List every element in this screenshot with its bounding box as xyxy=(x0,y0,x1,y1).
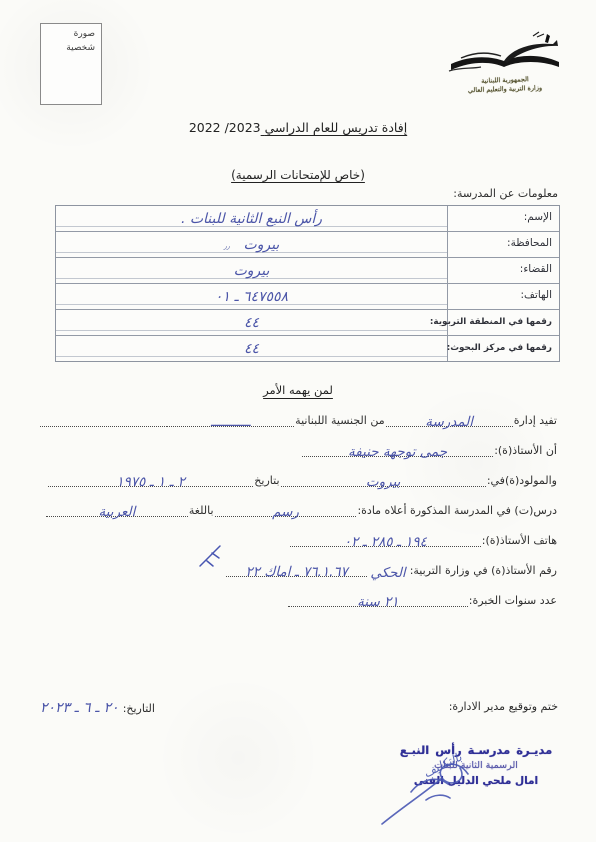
table-row-governorate: المحافظة: بيروت٫٫ xyxy=(56,232,559,258)
handwritten-language: العربية xyxy=(99,504,136,520)
handwritten-date: ٢٠ ـ ٦ ـ ٢٠٢٣ xyxy=(40,700,119,716)
form-line-subject: درس(ت) في المدرسة المذكورة أعلاه مادة: ر… xyxy=(46,496,558,517)
row-label: الهاتف: xyxy=(447,284,559,309)
row-value: بيروت xyxy=(56,258,447,283)
letter-heading: لمن يهمه الأمر xyxy=(0,383,596,397)
form-line-ministry-number: رقم الأستاذ(ة) في وزارة التربية: الحكي ٧… xyxy=(198,556,558,577)
table-row-name: الإسم: رأس النبع الثانية للبنات . xyxy=(56,206,559,232)
row-label: رقمها في مركز البحوث: xyxy=(447,336,559,361)
personal-photo-box: صورة شخصية xyxy=(40,23,102,105)
handwritten-ministry-number: ٧٦.١.٦٧ ـ اماك ٢٢ xyxy=(245,564,347,580)
handwritten-check-stroke: ــــــــــ xyxy=(211,414,251,430)
stamp-line-official: الرسمية الثانية للبنات xyxy=(370,759,582,773)
dotted-leader: ٧٦.١.٦٧ ـ اماك ٢٢ xyxy=(226,555,367,577)
table-row-phone: الهاتف: ٠١ ـ ٦٤٧٥٥٨ xyxy=(56,284,559,310)
stamp-caption: ختم وتوقيع مدير الادارة: xyxy=(449,700,558,713)
dotted-leader: العربية xyxy=(46,495,188,517)
form-label: رقم الأستاذ(ة) في وزارة التربية: xyxy=(409,564,558,577)
row-value: ٠١ ـ ٦٤٧٥٥٨ xyxy=(56,284,447,309)
handwritten-teacher-name: جمى توجهة حنيفة xyxy=(348,444,447,460)
stamp-line-principal-name: امال ملحي الدليل الفنى xyxy=(370,774,582,790)
principal-stamp: مديـرة مدرسـة رأس النبـع الرسمية الثانية… xyxy=(370,742,582,789)
form-label: هاتف الأستاذ(ة): xyxy=(481,534,558,547)
form-line-birth: والمولود(ة)في: بيروت بتاريخ ٢ ـ ١ ـ ١٩٧٥ xyxy=(48,466,558,487)
form-line-teacher-phone: هاتف الأستاذ(ة): ٠٢ ـ ٢٨٥ ـ ١٩٤ xyxy=(290,526,558,547)
handwritten-birthdate: ٢ ـ ١ ـ ١٩٧٥ xyxy=(116,474,185,490)
dotted-leader: رسم xyxy=(215,495,357,517)
document-title-text: إفادة تدريس للعام الدراسي xyxy=(265,120,408,135)
form-label: باللغة xyxy=(188,504,215,517)
table-row-research-center-number: رقمها في مركز البحوث: ٤٤ xyxy=(56,336,559,361)
ministry-logo: الجمهورية اللبنانية وزارة التربية والتعل… xyxy=(430,30,580,95)
form-label: من الجنسية اللبنانية xyxy=(294,414,385,427)
dotted-leader: ٢١ سنة xyxy=(288,585,468,607)
row-value: ٤٤ xyxy=(56,336,447,361)
handwritten-research-number: ٤٤ xyxy=(244,341,259,357)
row-value: ٤٤ xyxy=(56,310,447,335)
dotted-leader: ٢ ـ ١ ـ ١٩٧٥ xyxy=(48,465,253,487)
stamp-line-school: مديـرة مدرسـة رأس النبـع xyxy=(370,742,582,759)
form-line-experience: عدد سنوات الخبرة: ٢١ سنة xyxy=(288,586,558,607)
handwritten-experience-years: ٢١ سنة xyxy=(357,594,398,610)
row-label: المحافظة: xyxy=(447,232,559,257)
handwritten-subject: رسم xyxy=(272,504,299,520)
dotted-leader: ــــــــــ xyxy=(167,405,294,427)
scanned-document-page: { "photo_box": { "line1": "صورة", "line2… xyxy=(0,0,596,842)
school-info-heading: معلومات عن المدرسة: xyxy=(453,187,558,200)
handwritten-governorate: بيروت xyxy=(244,237,280,253)
dotted-leader: المدرسة xyxy=(386,405,513,427)
form-label: والمولود(ة)في: xyxy=(486,474,558,487)
school-info-table: الإسم: رأس النبع الثانية للبنات . المحاف… xyxy=(55,205,560,362)
stray-pen-mark: ٫٫ xyxy=(224,242,230,252)
letter-body: تفيد إدارة المدرسة من الجنسية اللبنانية … xyxy=(40,406,558,616)
handwritten-school-phone: ٠١ ـ ٦٤٧٥٥٨ xyxy=(215,289,288,305)
row-label: الإسم: xyxy=(447,206,559,231)
handwritten-region-number: ٤٤ xyxy=(244,315,259,331)
date-label: التاريخ: xyxy=(123,702,155,715)
handwritten-school-name: رأس النبع الثانية للبنات . xyxy=(181,211,322,227)
handwritten-district: بيروت xyxy=(234,263,270,279)
pen-flourish-icon xyxy=(198,544,222,571)
dotted-leader: بيروت xyxy=(281,465,486,487)
form-label: أن الأستاذ(ة): xyxy=(493,444,558,457)
handwritten-administration: المدرسة xyxy=(425,414,473,430)
row-value: بيروت٫٫ xyxy=(56,232,447,257)
row-label: القضاء: xyxy=(447,258,559,283)
photo-box-label-line2: شخصية xyxy=(47,41,95,55)
footer-row: ختم وتوقيع مدير الادارة: التاريخ: ٢٠ ـ ٦… xyxy=(40,700,558,716)
form-label: درس(ت) في المدرسة المذكورة أعلاه مادة: xyxy=(356,504,558,517)
row-value: رأس النبع الثانية للبنات . xyxy=(56,206,447,231)
handwritten-ministry-word: الحكي xyxy=(367,565,408,581)
form-label: عدد سنوات الخبرة: xyxy=(468,594,558,607)
dotted-leader xyxy=(40,405,167,427)
ministry-emblem-icon xyxy=(430,30,580,76)
document-subtitle: (خاص للإمتحانات الرسمية) xyxy=(231,168,365,182)
document-title: إفادة تدريس للعام الدراسي 2022 /2023 xyxy=(0,120,596,135)
document-header: إفادة تدريس للعام الدراسي 2022 /2023 (خا… xyxy=(0,120,596,183)
photo-box-label-line1: صورة xyxy=(47,27,95,41)
dotted-leader: ٠٢ ـ ٢٨٥ ـ ١٩٤ xyxy=(290,525,481,547)
row-label: رقمها في المنطقة التربوية: xyxy=(447,310,559,335)
form-label: بتاريخ xyxy=(253,474,280,487)
form-line-teacher-name: أن الأستاذ(ة): جمى توجهة حنيفة xyxy=(302,436,558,457)
school-year-range: 2022 /2023 xyxy=(189,120,261,135)
handwritten-teacher-phone: ٠٢ ـ ٢٨٥ ـ ١٩٤ xyxy=(344,534,427,550)
handwritten-birthplace: بيروت xyxy=(366,474,401,490)
form-label: تفيد إدارة xyxy=(513,414,558,427)
form-line-administration: تفيد إدارة المدرسة من الجنسية اللبنانية … xyxy=(40,406,558,427)
table-row-edu-region-number: رقمها في المنطقة التربوية: ٤٤ xyxy=(56,310,559,336)
date-group: التاريخ: ٢٠ ـ ٦ ـ ٢٠٢٣ xyxy=(40,700,155,716)
dotted-leader: جمى توجهة حنيفة xyxy=(302,435,493,457)
table-row-district: القضاء: بيروت xyxy=(56,258,559,284)
